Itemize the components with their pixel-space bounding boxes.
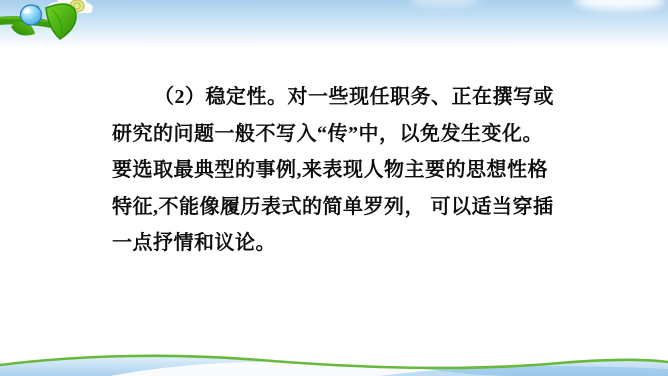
cloud-shape (410, 0, 480, 6)
text-line: 一点抒情和议论。 (112, 225, 560, 262)
slide-body-text: （2）稳定性。对一些现任职务、正在撰写或 研究的问题一般不写入“传”中，以免发生… (112, 79, 560, 262)
leaf-icon (46, 4, 76, 39)
text-line: 研究的问题一般不写入“传”中，以免发生变化。 (112, 116, 560, 153)
water-drop-icon (21, 5, 42, 25)
leaf-branch-icon (0, 0, 112, 52)
wave-footer-decoration (0, 350, 668, 376)
cloud-shape (575, 0, 665, 10)
text-line: （2）稳定性。对一些现任职务、正在撰写或 (112, 79, 560, 116)
text-line: 特征,不能像履历表式的简单罗列， 可以适当穿插 (112, 189, 560, 226)
slide: （2）稳定性。对一些现任职务、正在撰写或 研究的问题一般不写入“传”中，以免发生… (0, 0, 668, 376)
text-line: 要选取最典型的事例,来表现人物主要的思想性格 (112, 152, 560, 189)
